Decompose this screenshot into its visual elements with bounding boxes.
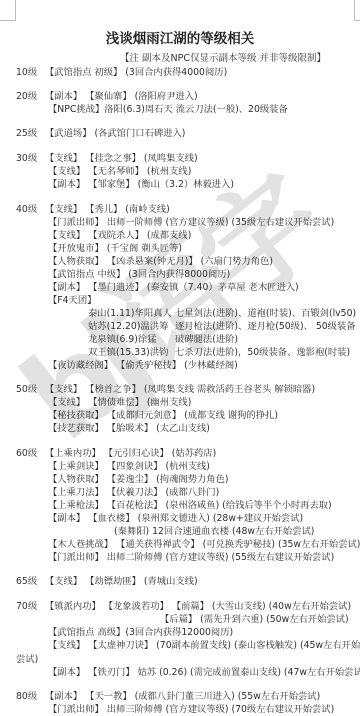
document-page: bJ语字 浅谈烟雨江湖的等级相关 【注 副本及NPC仅显示副本等级 并非等级限制… <box>0 0 360 716</box>
level-label: 25级 <box>16 125 37 139</box>
level-entry: 【副本】 【血衣楼】 (泉州郑文德进入) (28w+建议开始尝试) <box>48 510 303 524</box>
page-corner-mark <box>354 0 360 21</box>
f4-reward: 逐月枪法(进阶)、逐月枪(50级)、 50级装备 <box>175 318 356 332</box>
level-entry: 【开放鬼市】 (千宝阁 剃头匠等) <box>48 240 182 254</box>
f4-reward: 七星剑法(进阶)、道袍(时装)、百锻剑(lv50) <box>175 305 356 319</box>
level-entry: 【镇派内功】 【龙象波若功】 【前篇】 (大雪山支线) (40w左右开始尝试) <box>45 598 351 612</box>
level-label: 30级 <box>16 150 37 164</box>
f4-npc: 双王镇(15.33)洪钧 <box>88 344 168 358</box>
level-entry: 【NPC挑战】洛阳(6.3)周石天 流云刀法(一般)、20级装备 <box>48 101 288 115</box>
level-entry: 【支线】 【劫镖劫匪】 (青城山支线) <box>45 573 198 587</box>
f4-npc: 姑苏(12.20)温洪筹 <box>88 318 168 332</box>
level-entry: 【支线】 【情债难偿】 (幽州支线) <box>48 394 191 408</box>
level-entry: 【支线】 【挂念之事】 (凤鸣集支线) <box>45 150 198 164</box>
level-entry: (秦舞阳) 12回合速通血衣楼 (48w左右开始尝试) <box>114 523 314 537</box>
document-title: 浅谈烟雨江湖的等级相关 <box>0 27 360 47</box>
f4-npc: 龙泉镇(6.9)徐猛 <box>88 331 157 345</box>
level-entry: 【副本】 【邹家堡】 (衡山（3.2）林毅进入) <box>48 176 234 190</box>
level-entry: 【副本】 【铁刃门】 姑苏 (0.26) (需完成前置泰山支线) (47w左右开… <box>48 664 360 678</box>
level-label: 80级 <box>16 688 37 702</box>
level-label: 70级 <box>16 598 37 612</box>
level-label: 20级 <box>16 88 37 102</box>
level-entry: 【夜访藏经阁】 【偷秃驴秘技】 (少林藏经阁) <box>48 357 238 371</box>
level-entry: 【人物获取】 【姜逸尘】 (拘魂阁势力角色) <box>48 471 229 485</box>
level-entry: 【支线】 【戏院杀人】 (成都支线) <box>48 227 191 241</box>
level-entry: 【上乘剑诀】 【四象剑诀】 (杭州支线) <box>48 458 210 472</box>
level-entry: 【支线】 【秀儿】 (南岭支线) <box>45 201 170 215</box>
level-entry: 【人物获取】 【凶杀悬案(钟无月)】 (六扇门势力角色) <box>48 253 273 267</box>
level-entry: 【秘技获取】 【成都归元剑意】 (成都支线 谢狗的挣扎) <box>48 407 278 421</box>
level-label: 40级 <box>16 201 37 215</box>
level-entry: 【武馆指点 高级】(3回合内获得12000阅历) <box>48 624 233 638</box>
level-entry: 【副本】 【天一教】 (成都八卦门董三川进入) (55w左右开始尝试) <box>45 688 320 702</box>
level-entry: 【副本】 【墨门遗迹】 (泰安镇（7.40）茅草屋 老木匠进入) <box>48 279 299 293</box>
level-entry: 【支线】 【太虚神刀诀】 (70副本前置支线) (泰山客栈触发) (45w左右开… <box>48 637 360 651</box>
document-note: 【注 副本及NPC仅显示副本等级 并非等级限制】 <box>120 50 326 64</box>
level-entry: 【门派出师】 出师三阶师傅 (官方建议等级) (70级左右建议开始尝试) <box>48 701 334 715</box>
page-corner-mark <box>0 0 16 21</box>
level-label: 60级 <box>16 445 37 459</box>
f4-npc: 泰山(1.11)华阳真人 <box>88 305 172 319</box>
f4-reward: 七杀刀法(进阶)，50级装备、逸影袍(时装) <box>175 344 350 358</box>
level-label: 10级 <box>16 64 37 78</box>
f4-reward: 破碑腿法(进阶) <box>175 331 238 345</box>
level-entry: 【副本】 【聚仙寨】 (洛阳府尹进入) <box>45 88 198 102</box>
level-entry: 【后篇】 (需先升到六重) (50w左右开始尝试) <box>160 611 349 625</box>
level-entry: 【门派出师】 出师二阶师傅 (官方建议等级) (55级左右建议开始尝试) <box>48 549 334 563</box>
level-entry: 【上乘刀法】 【伏羲刀法】 (成都八卦门) <box>48 484 219 498</box>
level-entry: 【木人巷挑战】 【通关获得禅武令】 (可兑换秃驴秘技) (35w左右开始尝试) <box>48 536 360 550</box>
level-entry: 【技艺获取】 【胎吸术】 (太乙山支线) <box>48 420 210 434</box>
level-entry: 【上乘枪法】 【百花枪法】 (泉州洛咸鱼) (给钱后等半个小时再去取) <box>48 497 332 511</box>
level-entry: 【武馆指点 中级】 (3回合内获得8000阅历) <box>48 266 230 280</box>
level-entry: 【支线】 【无名琴师】 (杭州支线) <box>48 163 191 177</box>
level-entry: 【武道场】 (各武馆门口石碑进入) <box>45 125 185 139</box>
level-entry: 尝试) <box>16 651 38 665</box>
level-entry: 【支线】 【榜首之争】 (凤鸣集支线 需救活药王谷老头 解锁暗器) <box>45 381 315 395</box>
level-entry: 【门派出师】 出师一阶师傅 (官方建议等级) (35级左右建议开始尝试) <box>48 214 334 228</box>
level-entry: 【武馆指点 初级】 (3回合内获得4000阅历) <box>45 64 227 78</box>
level-entry: 【上乘内功】 【元引归心诀】 (姑苏药店) <box>45 445 216 459</box>
level-label: 50级 <box>16 381 37 395</box>
level-label: 65级 <box>16 573 37 587</box>
level-entry: 【F4天团】 <box>48 292 96 306</box>
